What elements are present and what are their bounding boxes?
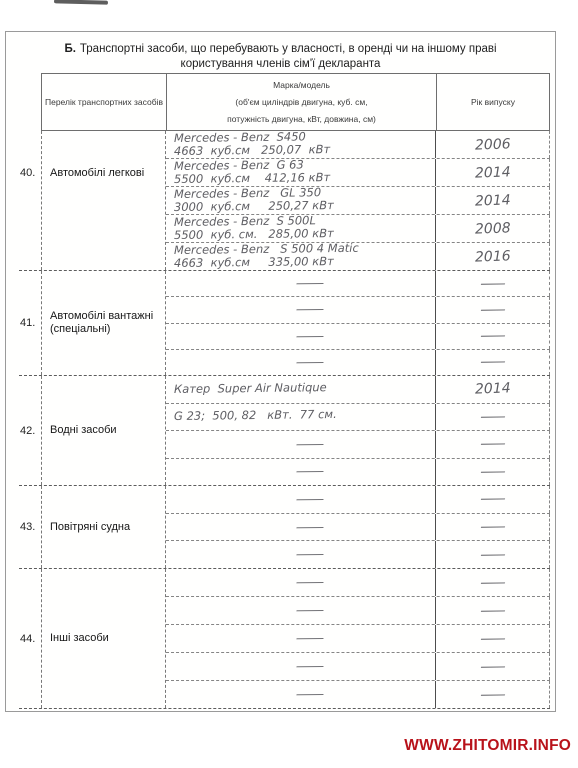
empty-dash: — — [479, 275, 506, 291]
empty-dash: — — [479, 686, 506, 702]
year-text: 2008 — [474, 220, 510, 237]
year-text: 2014 — [474, 192, 510, 209]
table-row: Mercedes - Benz G 63 5500 куб.см 412,16 … — [166, 159, 550, 187]
spec-text: 5500 куб. см. 285,00 кВт — [174, 225, 435, 241]
empty-dash: — — [479, 546, 506, 562]
scan-artifact — [54, 0, 108, 5]
table-row: — — — [166, 681, 550, 708]
empty-dash: — — [294, 603, 346, 617]
empty-dash: — — [294, 575, 346, 589]
category-label: Автомобілі вантажні (спеціальні) — [41, 271, 166, 375]
category-label: Інші засоби — [41, 569, 166, 708]
empty-dash: — — [479, 602, 506, 618]
table-row: Катер Super Air Nautique 2014 — [166, 376, 550, 404]
empty-dash: — — [479, 630, 506, 646]
empty-dash: — — [479, 464, 506, 480]
section-title: Б.Транспортні засоби, що перебувають у в… — [6, 42, 555, 72]
group-row-44: 44. Інші засоби — — — — — — — — — [19, 569, 550, 709]
table-row: — — — [166, 350, 550, 375]
empty-dash: — — [294, 355, 346, 369]
empty-dash: — — [294, 659, 346, 673]
empty-dash: — — [479, 574, 506, 590]
table-row: — — — [166, 653, 550, 681]
table-row: G 23; 500, 82 кВт. 77 см. — — [166, 404, 550, 432]
group-row-43: 43. Повітряні судна — — — — — — — [19, 486, 550, 569]
section-title-line1: Б.Транспортні засоби, що перебувають у в… — [6, 42, 555, 57]
group-row-41: 41. Автомобілі вантажні (спеціальні) — —… — [19, 271, 550, 376]
section-title-line2: користування членів сім'ї декларанта — [6, 57, 555, 72]
table-row: — — — [166, 541, 550, 568]
empty-dash: — — [479, 302, 506, 318]
row-number: 42. — [19, 376, 41, 485]
section-title-text: Транспортні засоби, що перебувають у вла… — [80, 43, 497, 55]
table-row: — — — [166, 297, 550, 323]
header-col-model-line2: (об'єм циліндрів двигуна, куб. см, — [235, 97, 367, 108]
spec-text: 3000 куб.см 250,27 кВт — [174, 197, 435, 213]
year-text: 2014 — [474, 381, 510, 398]
year-text: 2006 — [474, 136, 510, 153]
empty-dash: — — [294, 303, 346, 317]
empty-dash: — — [294, 329, 346, 343]
watermark-text: WWW.ZHITOMIR.INFO — [404, 737, 571, 755]
year-text: 2014 — [474, 164, 510, 181]
header-col-model-line3: потужність двигуна, кВт, довжина, см) — [227, 114, 376, 125]
empty-dash: — — [294, 687, 346, 701]
spec-text: 4663 куб.см 335,00 кВт — [174, 253, 435, 269]
empty-dash: — — [294, 548, 346, 562]
table-row: — — — [166, 324, 550, 350]
table-row: — — — [166, 459, 550, 486]
row-number: 43. — [19, 486, 41, 568]
row-number: 44. — [19, 569, 41, 708]
header-col-list: Перелік транспортних засобів — [42, 74, 167, 130]
table-row: Mercedes - Benz S 500L 5500 куб. см. 285… — [166, 215, 550, 243]
empty-dash: — — [479, 328, 506, 344]
category-label: Повітряні судна — [41, 486, 166, 568]
table-row: — — — [166, 597, 550, 625]
header-spacer — [19, 73, 41, 131]
category-label: Автомобілі легкові — [41, 131, 166, 270]
table-row: — — — [166, 569, 550, 597]
empty-dash: — — [479, 658, 506, 674]
table-row: — — — [166, 486, 550, 514]
table-row: — — — [166, 625, 550, 653]
row-number: 41. — [19, 271, 41, 375]
scanned-page: Б.Транспортні засоби, що перебувають у в… — [5, 31, 556, 712]
empty-dash: — — [479, 409, 506, 425]
table-row: — — — [166, 431, 550, 459]
empty-dash: — — [294, 277, 346, 291]
table-row: Mercedes - Benz S 500 4 Matic 4663 куб.с… — [166, 243, 550, 270]
table-row: Mercedes - Benz GL 350 3000 куб.см 250,2… — [166, 187, 550, 215]
empty-dash: — — [479, 519, 506, 535]
vehicles-table: Перелік транспортних засобів Марка/модел… — [19, 73, 550, 709]
empty-dash: — — [294, 437, 346, 451]
empty-dash: — — [479, 436, 506, 452]
empty-dash: — — [294, 631, 346, 645]
empty-dash: — — [294, 465, 346, 479]
table-row: — — — [166, 271, 550, 297]
table-row: — — — [166, 514, 550, 542]
spec-text: 5500 куб.см 412,16 кВт — [174, 169, 435, 185]
header-col-year: Рік випуску — [437, 74, 549, 130]
header-col-model: Марка/модель (об'єм циліндрів двигуна, к… — [167, 74, 437, 130]
section-letter: Б. — [64, 43, 75, 55]
group-row-40: 40. Автомобілі легкові Mercedes - Benz S… — [19, 131, 550, 271]
group-row-42: 42. Водні засоби Катер Super Air Nautiqu… — [19, 376, 550, 486]
row-number: 40. — [19, 131, 41, 270]
empty-dash: — — [294, 520, 346, 534]
table-row: Mercedes - Benz S450 4663 куб.см 250,07 … — [166, 131, 550, 159]
category-label: Водні засоби — [41, 376, 166, 485]
table-header: Перелік транспортних засобів Марка/модел… — [19, 73, 550, 131]
year-text: 2016 — [474, 248, 510, 265]
spec-text: 4663 куб.см 250,07 кВт — [174, 141, 435, 157]
model-text: Катер Super Air Nautique — [174, 380, 435, 396]
header-col-model-line1: Марка/модель — [273, 80, 330, 91]
empty-dash: — — [479, 491, 506, 507]
empty-dash: — — [479, 354, 506, 370]
spec-text: G 23; 500, 82 кВт. 77 см. — [174, 407, 435, 423]
empty-dash: — — [294, 492, 346, 506]
